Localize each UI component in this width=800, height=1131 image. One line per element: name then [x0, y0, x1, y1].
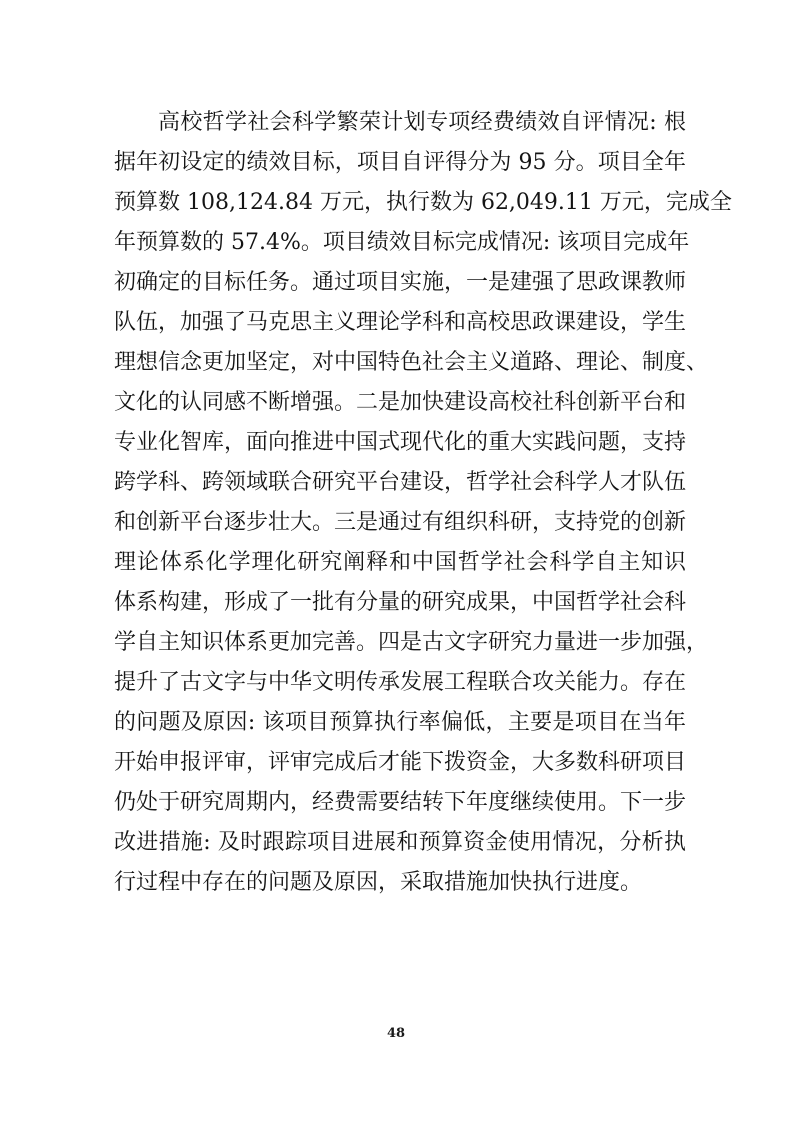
text-line: 体系构建，形成了一批有分量的研究成果，中国哲学社会科 — [114, 583, 686, 623]
text-line: 提升了古文字与中华文明传承发展工程联合攻关能力。存在 — [114, 663, 686, 703]
text-line: 初确定的目标任务。通过项目实施，一是建强了思政课教师 — [114, 263, 686, 303]
text-line: 的问题及原因: 该项目预算执行率偏低，主要是项目在当年 — [114, 703, 686, 743]
text-line: 学自主知识体系更加完善。四是古文字研究力量进一步加强， — [114, 623, 686, 663]
text-line: 行过程中存在的问题及原因，采取措施加快执行进度。 — [114, 863, 686, 903]
page-number: 48 — [0, 1026, 792, 1041]
text-line: 和创新平台逐步壮大。三是通过有组织科研，支持党的创新 — [114, 503, 686, 543]
text-line: 改进措施: 及时跟踪项目进展和预算资金使用情况，分析执 — [114, 823, 686, 863]
text-line: 仍处于研究周期内，经费需要结转下年度继续使用。下一步 — [114, 783, 686, 823]
text-line: 开始申报评审，评审完成后才能下拨资金，大多数科研项目 — [114, 743, 686, 783]
text-line: 高校哲学社会科学繁荣计划专项经费绩效自评情况: 根 — [114, 103, 686, 143]
text-line: 队伍，加强了马克思主义理论学科和高校思政课建设，学生 — [114, 303, 686, 343]
text-line: 专业化智库，面向推进中国式现代化的重大实践问题，支持 — [114, 423, 686, 463]
text-line: 理想信念更加坚定，对中国特色社会主义道路、理论、制度、 — [114, 343, 686, 383]
text-line: 理论体系化学理化研究阐释和中国哲学社会科学自主知识 — [114, 543, 686, 583]
text-line: 年预算数的 57.4%。项目绩效目标完成情况: 该项目完成年 — [114, 223, 686, 263]
body-text: 高校哲学社会科学繁荣计划专项经费绩效自评情况: 根据年初设定的绩效目标，项目自评… — [114, 103, 686, 903]
text-line: 文化的认同感不断增强。二是加快建设高校社科创新平台和 — [114, 383, 686, 423]
text-line: 跨学科、跨领域联合研究平台建设，哲学社会科学人才队伍 — [114, 463, 686, 503]
text-line: 据年初设定的绩效目标，项目自评得分为 95 分。项目全年 — [114, 143, 686, 183]
text-line: 预算数 108,124.84 万元，执行数为 62,049.11 万元，完成全 — [114, 183, 686, 223]
document-page: 高校哲学社会科学繁荣计划专项经费绩效自评情况: 根据年初设定的绩效目标，项目自评… — [0, 0, 800, 1131]
